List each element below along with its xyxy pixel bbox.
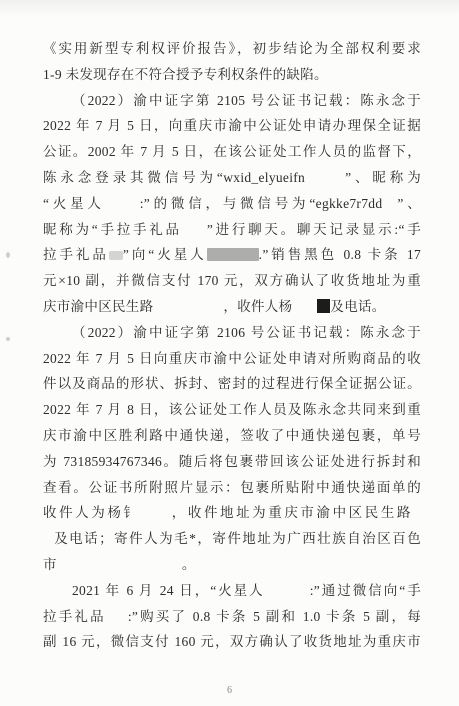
text-segment: （2022）渝中证字第 2105 号公证书记载：陈永念于 bbox=[72, 93, 421, 108]
text-segment: ”、昵称为 bbox=[345, 170, 421, 185]
text-line: 2021 年 6 月 24 日，“火星人:”通过微信向“手 bbox=[43, 578, 421, 604]
text-segment: :”的微信，与微信号为“egkke7r7dd bbox=[140, 196, 383, 211]
text-line: 1-9 未发现存在不符合授予专利权条件的缺陷。 bbox=[43, 62, 421, 88]
text-line: 件以及商品的形状、拆封、密封的过程进行保全证据公证。 bbox=[43, 371, 421, 397]
text-segment: 昵称为“手拉手礼品 bbox=[43, 222, 182, 237]
text-line: 副 16 元，微信支付 160 元，双方确认了收货地址为重庆市 bbox=[43, 629, 421, 655]
text-segment: 2021 年 6 月 24 日，“火星人 bbox=[72, 583, 265, 598]
document-body: 《实用新型专利权评价报告》，初步结论为全部权利要求1-9 未发现存在不符合授予专… bbox=[43, 36, 421, 655]
text-segment: .”销售黑色 0.8 卡条 17 bbox=[259, 247, 421, 262]
text-line: 2022 年 7 月 5 日，向重庆市渝中公证处申请办理保全证据 bbox=[43, 113, 421, 139]
text-line: 公证。2002 年 7 月 5 日，在该公证处工作人员的监督下， bbox=[43, 139, 421, 165]
redaction-gap bbox=[305, 181, 345, 182]
redaction-gap bbox=[57, 568, 182, 569]
text-segment: 1-9 未发现存在不符合授予专利权条件的缺陷。 bbox=[43, 67, 328, 82]
text-segment: 庆市渝中区民生路 bbox=[43, 299, 153, 314]
text-segment: 拉手礼品 bbox=[43, 247, 109, 262]
redaction-smudge bbox=[109, 251, 123, 260]
redaction-gap bbox=[106, 620, 128, 621]
text-line: 为 73185934767346。随后将包裹带回该公证处进行拆封和 bbox=[43, 449, 421, 475]
text-segment: 拉手礼品 bbox=[43, 609, 106, 624]
text-segment: 2022 年 7 月 5 日向重庆市渝中公证处申请对所购商品的收 bbox=[43, 351, 421, 366]
text-segment: 收件人为杨钅 bbox=[43, 505, 140, 520]
text-line: （2022）渝中证字第 2105 号公证书记载：陈永念于 bbox=[43, 88, 421, 114]
redaction-black bbox=[317, 299, 330, 313]
text-segment: 《实用新型专利权评价报告》，初步结论为全部权利要求 bbox=[43, 41, 421, 56]
text-segment: 副 16 元，微信支付 160 元，双方确认了收货地址为重庆市 bbox=[43, 634, 421, 649]
redaction-gray bbox=[207, 248, 259, 261]
scan-artifact bbox=[6, 252, 10, 258]
text-line: 及电话；寄件人为毛*，寄件地址为广西壮族自治区百色 bbox=[43, 526, 421, 552]
scan-artifact bbox=[6, 337, 10, 341]
text-segment: 庆市渝中区胜利路中通快递，签收了中通快递包裹，单号 bbox=[43, 428, 421, 443]
text-segment: 公证。2002 年 7 月 5 日，在该公证处工作人员的监督下， bbox=[43, 144, 421, 159]
text-segment: ，收件地址为重庆市渝中区民生路 bbox=[170, 505, 414, 520]
text-line: 收件人为杨钅，收件地址为重庆市渝中区民生路 bbox=[43, 500, 421, 526]
text-segment: 为 73185934767346。随后将包裹带回该公证处进行拆封和 bbox=[43, 454, 421, 469]
text-segment: （2022）渝中证字第 2106 号公证书记载：陈永念于 bbox=[72, 325, 421, 340]
text-line: 陈永念登录其微信号为“wxid_elyueifn”、昵称为 bbox=[43, 165, 421, 191]
text-line: 庆市渝中区胜利路中通快递，签收了中通快递包裹，单号 bbox=[43, 423, 421, 449]
text-segment: 及电话；寄件人为毛*，寄件地址为广西壮族自治区百色 bbox=[53, 531, 421, 546]
text-segment: ”进行聊天。聊天记录显示:“手 bbox=[207, 222, 421, 237]
text-segment: 市 bbox=[43, 557, 57, 572]
redaction-gap bbox=[265, 594, 310, 595]
redaction-gap bbox=[43, 542, 53, 543]
text-segment: 及电话。 bbox=[330, 299, 385, 314]
text-line: 昵称为“手拉手礼品”进行聊天。聊天记录显示:“手 bbox=[43, 217, 421, 243]
text-line: “火星人:”的微信，与微信号为“egkke7r7dd”、 bbox=[43, 191, 421, 217]
text-line: （2022）渝中证字第 2106 号公证书记载：陈永念于 bbox=[43, 320, 421, 346]
text-segment: 2022 年 7 月 8 日，该公证处工作人员及陈永念共同来到重 bbox=[43, 402, 421, 417]
redaction-gap bbox=[413, 516, 421, 517]
redaction-gap bbox=[153, 310, 223, 311]
text-segment: ，收件人杨 bbox=[223, 299, 292, 314]
text-line: 庆市渝中区民生路，收件人杨及电话。 bbox=[43, 294, 421, 320]
document-page: 《实用新型专利权评价报告》，初步结论为全部权利要求1-9 未发现存在不符合授予专… bbox=[0, 0, 459, 706]
text-line: 2022 年 7 月 8 日，该公证处工作人员及陈永念共同来到重 bbox=[43, 397, 421, 423]
text-line: 《实用新型专利权评价报告》，初步结论为全部权利要求 bbox=[43, 36, 421, 62]
text-line: 2022 年 7 月 5 日向重庆市渝中公证处申请对所购商品的收 bbox=[43, 346, 421, 372]
text-segment: :”通过微信向“手 bbox=[310, 583, 421, 598]
text-segment: 。 bbox=[182, 557, 196, 572]
redaction-gap bbox=[105, 207, 140, 208]
text-segment: 查看。公证书所附照片显示：包裹所贴附中通快递面单的 bbox=[43, 480, 421, 495]
text-line: 拉手礼品:”购买了 0.8 卡条 5 副和 1.0 卡条 5 副，每 bbox=[43, 604, 421, 630]
text-segment: 2022 年 7 月 5 日，向重庆市渝中公证处申请办理保全证据 bbox=[43, 118, 421, 133]
text-line: 元×10 副，并微信支付 170 元，双方确认了收货地址为重 bbox=[43, 268, 421, 294]
redaction-gap bbox=[182, 233, 207, 234]
text-segment: “火星人 bbox=[43, 196, 105, 211]
text-segment: 元×10 副，并微信支付 170 元，双方确认了收货地址为重 bbox=[43, 273, 421, 288]
text-line: 市。 bbox=[43, 552, 421, 578]
text-line: 拉手礼品”向“火星人.”销售黑色 0.8 卡条 17 bbox=[43, 242, 421, 268]
page-number: 6 bbox=[0, 685, 459, 696]
redaction-gap bbox=[140, 516, 170, 517]
redaction-gap bbox=[292, 310, 317, 311]
text-line: 查看。公证书所附照片显示：包裹所贴附中通快递面单的 bbox=[43, 475, 421, 501]
redaction-gap bbox=[382, 207, 397, 208]
text-segment: 件以及商品的形状、拆封、密封的过程进行保全证据公证。 bbox=[43, 376, 421, 391]
text-segment: 陈永念登录其微信号为“wxid_elyueifn bbox=[43, 170, 305, 185]
text-segment: :”购买了 0.8 卡条 5 副和 1.0 卡条 5 副，每 bbox=[128, 609, 421, 624]
text-segment: ”向“火星人 bbox=[123, 247, 207, 262]
text-segment: ”、 bbox=[397, 196, 421, 211]
